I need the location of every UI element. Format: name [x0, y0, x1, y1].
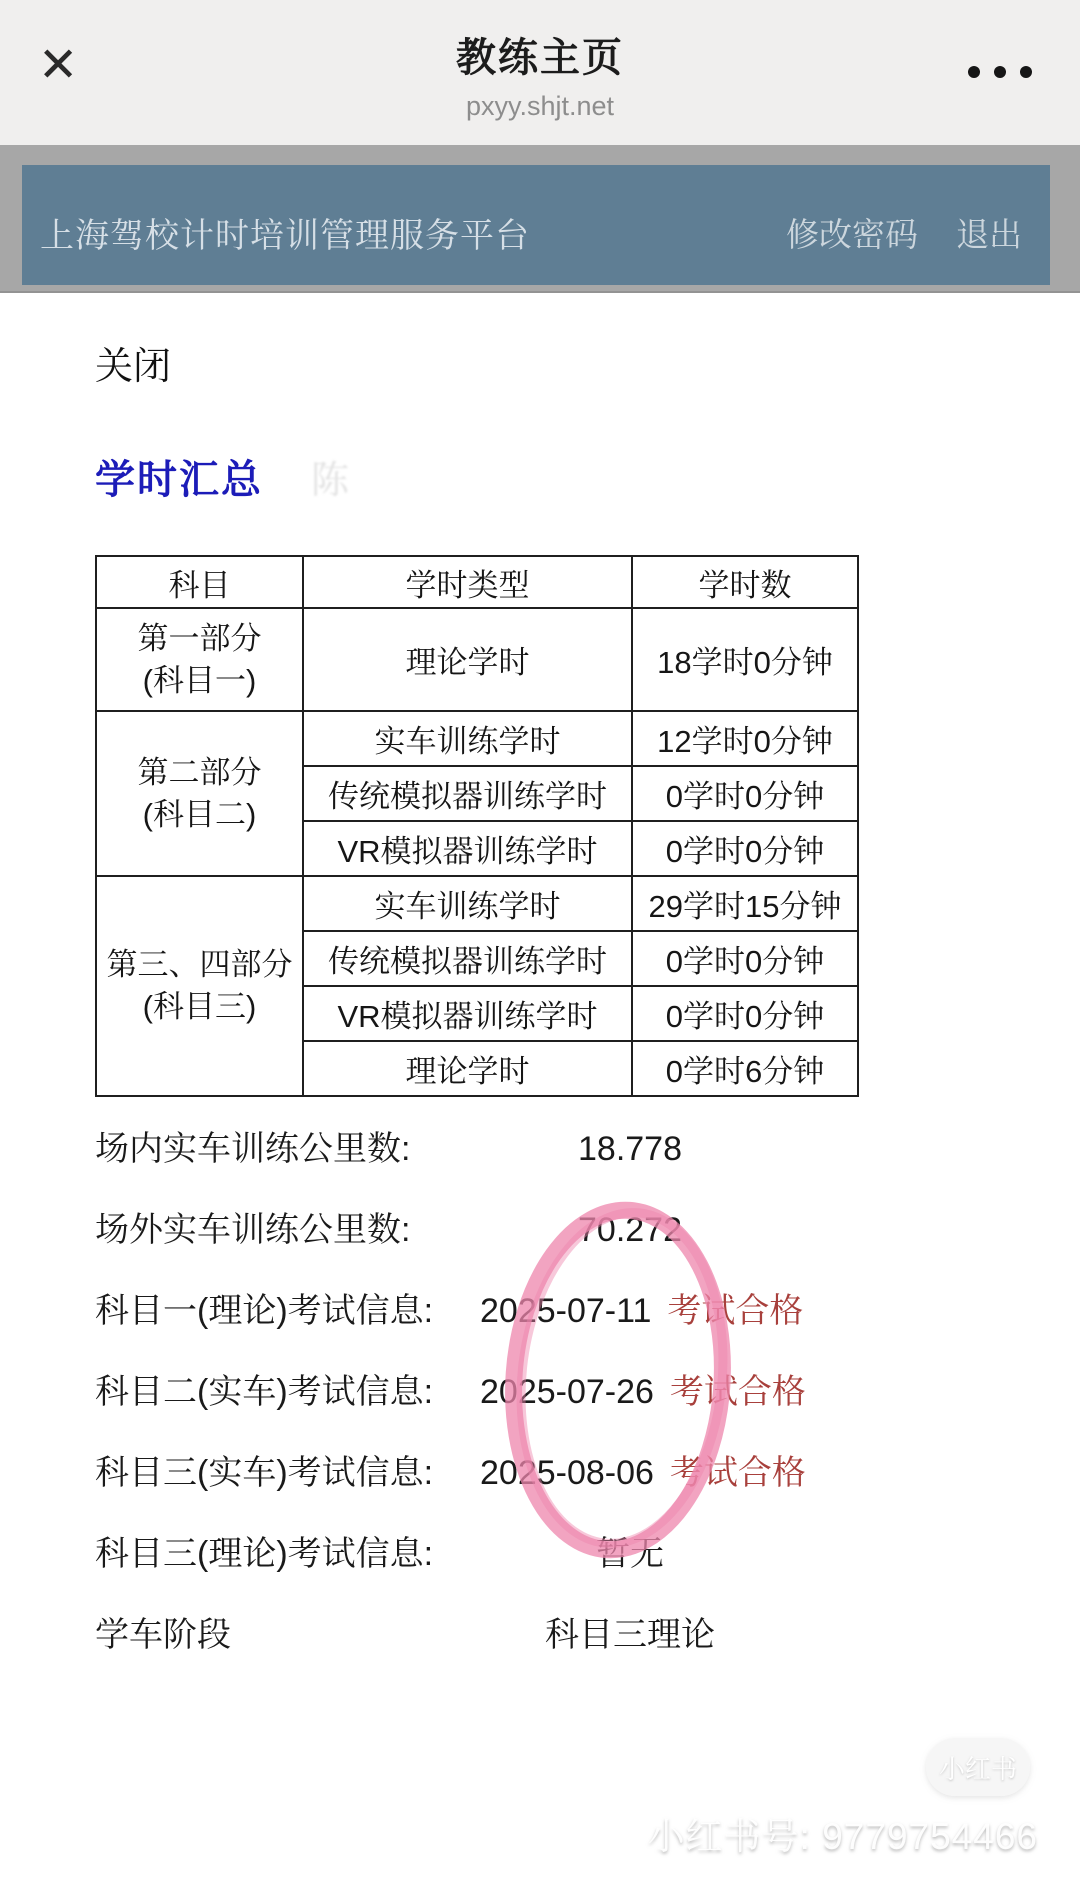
summary-title: 学时汇总 [95, 448, 263, 505]
col-header-type: 学时类型 [303, 556, 632, 608]
main-content: 关闭 学时汇总 陈 科目 学时类型 学时数 第一部分 (科目一) 理论学时 18… [0, 293, 1080, 1651]
exam-date: 2025-07-26 [480, 1373, 654, 1412]
browser-titlebar: ✕ 教练主页 pxyy.shjt.net [0, 0, 1080, 145]
exam-status: 考试合格 [667, 1283, 803, 1332]
table-row: 第一部分 (科目一) 理论学时 18学时0分钟 [96, 608, 858, 711]
info-row-stage: 学车阶段 科目三理论 [95, 1607, 1080, 1651]
hours-cell: 12学时0分钟 [632, 711, 858, 766]
change-password-link[interactable]: 修改密码 [786, 209, 918, 256]
km-outer-value: 70.272 [480, 1211, 780, 1250]
hours-cell: 0学时6分钟 [632, 1041, 858, 1096]
type-cell: 实车训练学时 [303, 876, 632, 931]
student-name: 陈 [311, 449, 349, 504]
info-list: 场内实车训练公里数: 18.778 场外实车训练公里数: 70.272 科目一(… [95, 1121, 1080, 1651]
type-cell: 理论学时 [303, 1041, 632, 1096]
exam-date: 2025-08-06 [480, 1454, 654, 1493]
type-cell: 传统模拟器训练学时 [303, 931, 632, 986]
page-title: 教练主页 [0, 26, 1080, 83]
xiaohongshu-id-watermark: 小红书号: 9779754466 [648, 1806, 1038, 1860]
platform-title: 上海驾校计时培训管理服务平台 [40, 208, 530, 257]
type-cell: VR模拟器训练学时 [303, 821, 632, 876]
platform-banner: 上海驾校计时培训管理服务平台 修改密码 退出 [22, 165, 1050, 285]
exam-date: 2025-07-11 [480, 1292, 651, 1331]
banner-strip: 上海驾校计时培训管理服务平台 修改密码 退出 [0, 145, 1080, 293]
more-menu-icon[interactable] [968, 66, 1032, 78]
type-cell: 理论学时 [303, 608, 632, 711]
hours-cell: 0学时0分钟 [632, 931, 858, 986]
col-header-hours: 学时数 [632, 556, 858, 608]
hours-cell: 0学时0分钟 [632, 766, 858, 821]
exam-none-value: 暂无 [480, 1526, 780, 1575]
info-row-exam-subject3-theory: 科目三(理论)考试信息: 暂无 [95, 1526, 1080, 1570]
info-row-exam-subject1: 科目一(理论)考试信息: 2025-07-11 考试合格 [95, 1283, 1080, 1327]
table-row: 第二部分 (科目二) 实车训练学时 12学时0分钟 [96, 711, 858, 766]
hours-cell: 0学时0分钟 [632, 986, 858, 1041]
close-page-link[interactable]: 关闭 [95, 335, 171, 390]
xiaohongshu-badge: 小红书 [926, 1738, 1030, 1796]
type-cell: 传统模拟器训练学时 [303, 766, 632, 821]
exam-status: 考试合格 [670, 1364, 806, 1413]
info-row-km-outer: 场外实车训练公里数: 70.272 [95, 1202, 1080, 1246]
hours-table: 科目 学时类型 学时数 第一部分 (科目一) 理论学时 18学时0分钟 第二部分… [95, 555, 859, 1097]
info-row-exam-subject2: 科目二(实车)考试信息: 2025-07-26 考试合格 [95, 1364, 1080, 1408]
subject-cell: 第三、四部分 (科目三) [96, 876, 303, 1096]
hours-cell: 0学时0分钟 [632, 821, 858, 876]
type-cell: 实车训练学时 [303, 711, 632, 766]
exam-status: 考试合格 [670, 1445, 806, 1494]
stage-value: 科目三理论 [480, 1607, 780, 1656]
hours-cell: 18学时0分钟 [632, 608, 858, 711]
km-inner-value: 18.778 [480, 1130, 780, 1169]
info-row-exam-subject3-road: 科目三(实车)考试信息: 2025-08-06 考试合格 [95, 1445, 1080, 1489]
type-cell: VR模拟器训练学时 [303, 986, 632, 1041]
col-header-subject: 科目 [96, 556, 303, 608]
page-url: pxyy.shjt.net [0, 91, 1080, 122]
subject-cell: 第二部分 (科目二) [96, 711, 303, 876]
logout-link[interactable]: 退出 [956, 209, 1022, 256]
subject-cell: 第一部分 (科目一) [96, 608, 303, 711]
hours-cell: 29学时15分钟 [632, 876, 858, 931]
info-row-km-inner: 场内实车训练公里数: 18.778 [95, 1121, 1080, 1165]
table-row: 第三、四部分 (科目三) 实车训练学时 29学时15分钟 [96, 876, 858, 931]
